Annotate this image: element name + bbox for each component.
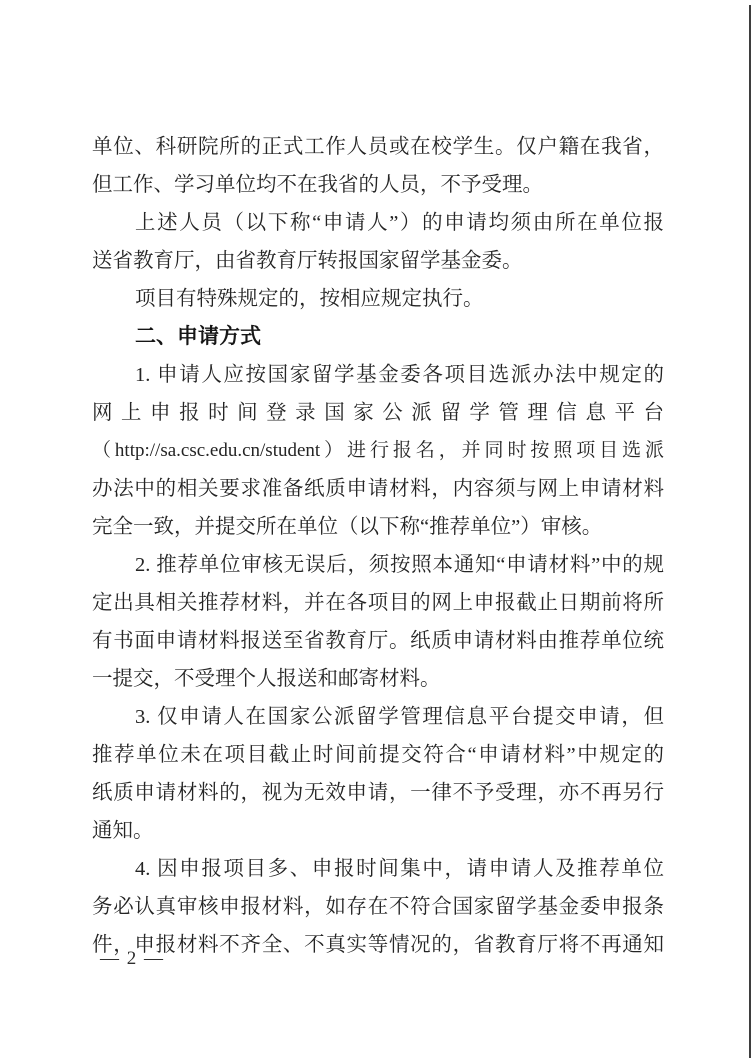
doc-line: 推荐单位未在项目截止时间前提交符合“申请材料”中规定的 (92, 736, 664, 774)
doc-line: 但工作、学习单位均不在我省的人员，不予受理。 (92, 166, 664, 204)
scan-edge-line (749, 5, 751, 1058)
doc-line: 务必认真审核申报材料，如存在不符合国家留学基金委申报条 (92, 888, 664, 926)
doc-line-url: （http://sa.csc.edu.cn/student）进行报名，并同时按照… (92, 432, 664, 470)
doc-line: 有书面申请材料报送至省教育厅。纸质申请材料由推荐单位统 (92, 622, 664, 660)
doc-line: 4. 因申报项目多、申报时间集中，请申请人及推荐单位 (92, 850, 664, 888)
doc-line: 通知。 (92, 812, 664, 850)
page-number: — 2 — (100, 946, 165, 972)
doc-line: 一提交，不受理个人报送和邮寄材料。 (92, 660, 664, 698)
section-heading: 二、申请方式 (92, 318, 664, 356)
doc-line: 送省教育厅，由省教育厅转报国家留学基金委。 (92, 242, 664, 280)
doc-line: 完全一致，并提交所在单位（以下称“推荐单位”）审核。 (92, 508, 664, 546)
doc-line: 定出具相关推荐材料，并在各项目的网上申报截止日期前将所 (92, 584, 664, 622)
doc-line: 件，申报材料不齐全、不真实等情况的，省教育厅将不再通知 (92, 926, 664, 964)
doc-line: 办法中的相关要求准备纸质申请材料，内容须与网上申请材料 (92, 470, 664, 508)
doc-line: 单位、科研院所的正式工作人员或在校学生。仅户籍在我省， (92, 128, 664, 166)
doc-line: 1. 申请人应按国家留学基金委各项目选派办法中规定的 (92, 356, 664, 394)
document-page: 单位、科研院所的正式工作人员或在校学生。仅户籍在我省， 但工作、学习单位均不在我… (92, 128, 664, 964)
doc-line: 项目有特殊规定的，按相应规定执行。 (92, 280, 664, 318)
doc-line: 网上申报时间登录国家公派留学管理信息平台 (92, 394, 664, 432)
doc-line: 上述人员（以下称“申请人”）的申请均须由所在单位报 (92, 204, 664, 242)
doc-line: 3. 仅申请人在国家公派留学管理信息平台提交申请，但 (92, 698, 664, 736)
doc-line: 纸质申请材料的，视为无效申请，一律不予受理，亦不再另行 (92, 774, 664, 812)
doc-line: 2. 推荐单位审核无误后，须按照本通知“申请材料”中的规 (92, 546, 664, 584)
